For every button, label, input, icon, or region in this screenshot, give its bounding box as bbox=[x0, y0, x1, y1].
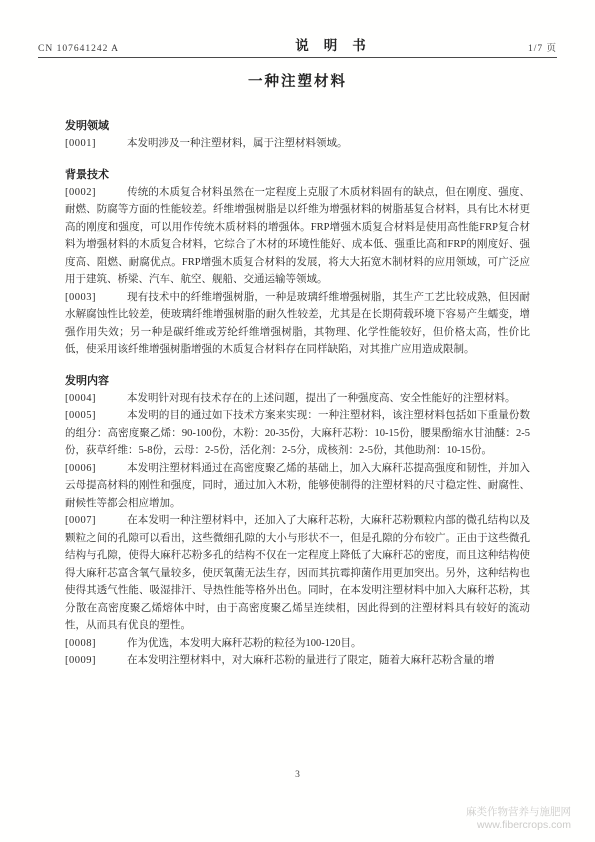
paragraph: [0007]在本发明一种注塑材料中，还加入了大麻秆芯粉，大麻秆芯粉颗粒内部的微孔… bbox=[65, 512, 530, 635]
document-number: CN 107641242 A bbox=[38, 44, 119, 54]
paragraph: [0006]本发明注塑材料通过在高密度聚乙烯的基础上，加入大麻秆芯提高强度和韧性… bbox=[65, 460, 530, 513]
paragraph-text: 现有技术中的纤维增强树脂，一种是玻璃纤维增强树脂，其生产工艺比较成熟，但因耐水解… bbox=[65, 292, 530, 356]
watermark-site-url: www.fibercrops.com bbox=[466, 819, 571, 832]
paragraph-text: 本发明涉及一种注塑材料，属于注塑材料领域。 bbox=[127, 138, 348, 149]
paragraph: [0001]本发明涉及一种注塑材料，属于注塑材料领域。 bbox=[65, 135, 530, 153]
paragraph: [0004]本发明针对现有技术存在的上述问题，提出了一种强度高、安全性能好的注塑… bbox=[65, 390, 530, 408]
watermark: 麻类作物营养与施肥网 www.fibercrops.com bbox=[466, 806, 571, 831]
patent-specification-page: CN 107641242 A 说明书 1/7 页 一种注塑材料 发明领域[000… bbox=[0, 0, 595, 842]
paragraph-number: [0003] bbox=[65, 289, 127, 307]
paragraph-number: [0009] bbox=[65, 652, 127, 670]
paragraph-number: [0001] bbox=[65, 135, 127, 153]
section-heading: 背景技术 bbox=[65, 166, 530, 182]
document-body: 发明领域[0001]本发明涉及一种注塑材料，属于注塑材料领域。背景技术[0002… bbox=[65, 117, 530, 670]
paragraph-text: 在本发明注塑材料中，对大麻秆芯粉的量进行了限定，随着大麻秆芯粉含量的增 bbox=[127, 655, 495, 666]
paragraph-number: [0004] bbox=[65, 390, 127, 408]
page-number: 3 bbox=[0, 770, 595, 780]
paragraph-number: [0007] bbox=[65, 512, 127, 530]
page-header: CN 107641242 A 说明书 1/7 页 bbox=[38, 34, 557, 58]
section-heading: 发明领域 bbox=[65, 117, 530, 133]
paragraph-number: [0006] bbox=[65, 460, 127, 478]
paragraph-text: 传统的木质复合材料虽然在一定程度上克服了木质材料固有的缺点，但在刚度、强度、耐燃… bbox=[65, 187, 530, 286]
section-heading: 发明内容 bbox=[65, 372, 530, 388]
watermark-site-name: 麻类作物营养与施肥网 bbox=[466, 806, 571, 819]
paragraph: [0002]传统的木质复合材料虽然在一定程度上克服了木质材料固有的缺点，但在刚度… bbox=[65, 184, 530, 289]
paragraph-text: 本发明针对现有技术存在的上述问题，提出了一种强度高、安全性能好的注塑材料。 bbox=[127, 393, 516, 404]
document-type-label: 说明书 bbox=[295, 34, 381, 54]
paragraph: [0009]在本发明注塑材料中，对大麻秆芯粉的量进行了限定，随着大麻秆芯粉含量的… bbox=[65, 652, 530, 670]
paragraph: [0005]本发明的目的通过如下技术方案来实现：一种注塑材料，该注塑材料包括如下… bbox=[65, 407, 530, 460]
paragraph-number: [0002] bbox=[65, 184, 127, 202]
paragraph: [0003]现有技术中的纤维增强树脂，一种是玻璃纤维增强树脂，其生产工艺比较成熟… bbox=[65, 289, 530, 359]
paragraph-text: 本发明的目的通过如下技术方案来实现：一种注塑材料，该注塑材料包括如下重量份数的组… bbox=[65, 410, 530, 456]
paragraph-number: [0005] bbox=[65, 407, 127, 425]
paragraph-text: 本发明注塑材料通过在高密度聚乙烯的基础上，加入大麻秆芯提高强度和韧性，并加入云母… bbox=[65, 463, 530, 509]
paragraph-text: 作为优选，本发明大麻秆芯粉的粒径为100-120目。 bbox=[127, 638, 362, 649]
page-indicator: 1/7 页 bbox=[528, 40, 557, 54]
invention-title: 一种注塑材料 bbox=[65, 70, 530, 91]
document-content: 一种注塑材料 发明领域[0001]本发明涉及一种注塑材料，属于注塑材料领域。背景… bbox=[65, 62, 530, 670]
paragraph-text: 在本发明一种注塑材料中，还加入了大麻秆芯粉，大麻秆芯粉颗粒内部的微孔结构以及颗粒… bbox=[65, 515, 530, 631]
paragraph: [0008]作为优选，本发明大麻秆芯粉的粒径为100-120目。 bbox=[65, 635, 530, 653]
paragraph-number: [0008] bbox=[65, 635, 127, 653]
